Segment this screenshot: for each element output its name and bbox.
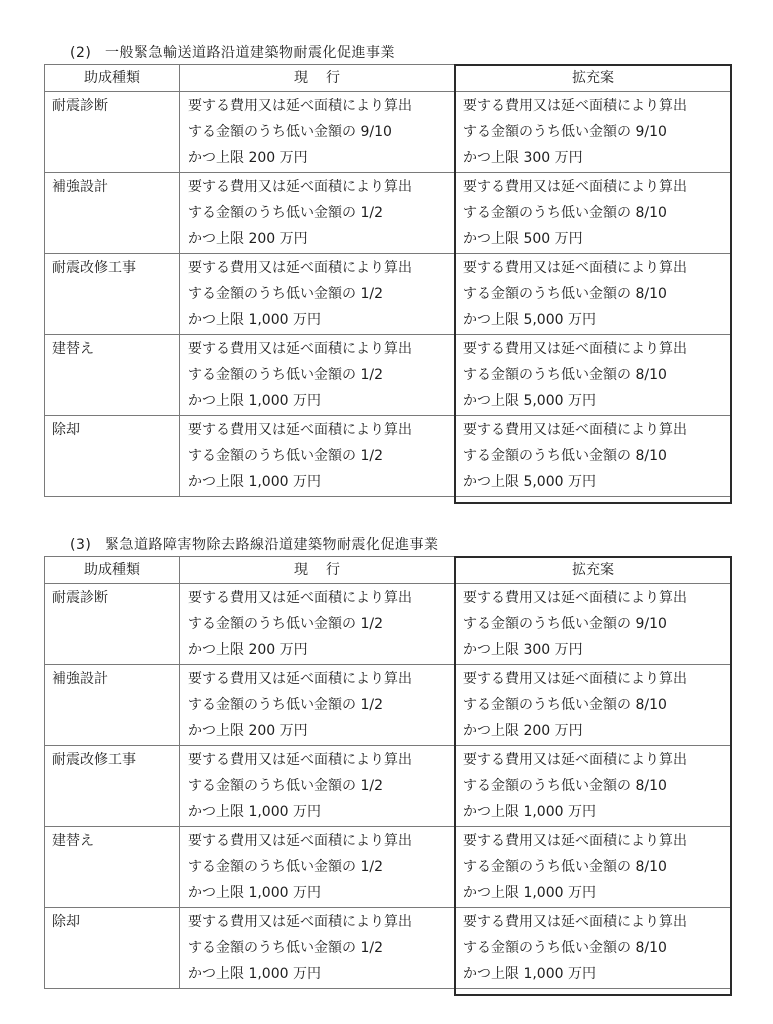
table-row: 補強設計 要する費用又は延べ面積により算出 する金額のうち低い金額の 1/2 か…: [45, 665, 732, 746]
proposed-cell: 要する費用又は延べ面積により算出 する金額のうち低い金額の 8/10 かつ上限 …: [455, 827, 732, 908]
current-cell: 要する費用又は延べ面積により算出 する金額のうち低い金額の 9/10 かつ上限 …: [180, 92, 455, 173]
current-line: かつ上限 1,000 万円: [188, 961, 454, 987]
proposed-line: かつ上限 200 万円: [463, 718, 731, 744]
proposed-line: かつ上限 5,000 万円: [463, 388, 731, 414]
proposed-line: かつ上限 5,000 万円: [463, 469, 731, 495]
subsidy-type-cell: 補強設計: [45, 173, 180, 254]
current-line: かつ上限 200 万円: [188, 145, 454, 171]
section-2: (2) 一般緊急輸送道路沿道建築物耐震化促進事業 助成種類 現行 拡充案 耐震診…: [44, 42, 732, 497]
header-subsidy-type: 助成種類: [45, 65, 180, 92]
table-row: 建替え 要する費用又は延べ面積により算出 する金額のうち低い金額の 1/2 かつ…: [45, 827, 732, 908]
current-line: かつ上限 1,000 万円: [188, 880, 454, 906]
current-line: する金額のうち低い金額の 1/2: [188, 611, 454, 637]
table-row: 耐震診断 要する費用又は延べ面積により算出 する金額のうち低い金額の 1/2 か…: [45, 584, 732, 665]
current-cell: 要する費用又は延べ面積により算出 する金額のうち低い金額の 1/2 かつ上限 1…: [180, 416, 455, 497]
section-number: (2): [70, 42, 100, 64]
proposed-line: かつ上限 1,000 万円: [463, 799, 731, 825]
current-line: する金額のうち低い金額の 1/2: [188, 200, 454, 226]
table-header-row: 助成種類 現行 拡充案: [45, 65, 732, 92]
proposed-line: 要する費用又は延べ面積により算出: [463, 666, 731, 692]
proposed-line: かつ上限 1,000 万円: [463, 880, 731, 906]
header-subsidy-type: 助成種類: [45, 557, 180, 584]
current-line: 要する費用又は延べ面積により算出: [188, 666, 454, 692]
table-row: 補強設計 要する費用又は延べ面積により算出 する金額のうち低い金額の 1/2 か…: [45, 173, 732, 254]
header-current-label: 現行: [276, 70, 358, 86]
current-line: かつ上限 200 万円: [188, 718, 454, 744]
section-3: (3) 緊急道路障害物除去路線沿道建築物耐震化促進事業 助成種類 現行 拡充案 …: [44, 534, 732, 989]
current-line: かつ上限 1,000 万円: [188, 388, 454, 414]
proposed-cell: 要する費用又は延べ面積により算出 する金額のうち低い金額の 8/10 かつ上限 …: [455, 746, 732, 827]
current-cell: 要する費用又は延べ面積により算出 する金額のうち低い金額の 1/2 かつ上限 1…: [180, 746, 455, 827]
table-row: 建替え 要する費用又は延べ面積により算出 する金額のうち低い金額の 1/2 かつ…: [45, 335, 732, 416]
current-line: する金額のうち低い金額の 9/10: [188, 119, 454, 145]
current-line: 要する費用又は延べ面積により算出: [188, 255, 454, 281]
current-line: する金額のうち低い金額の 1/2: [188, 935, 454, 961]
current-line: 要する費用又は延べ面積により算出: [188, 93, 454, 119]
current-cell: 要する費用又は延べ面積により算出 する金額のうち低い金額の 1/2 かつ上限 2…: [180, 173, 455, 254]
proposed-line: かつ上限 500 万円: [463, 226, 731, 252]
table-row: 除却 要する費用又は延べ面積により算出 する金額のうち低い金額の 1/2 かつ上…: [45, 416, 732, 497]
current-line: かつ上限 1,000 万円: [188, 307, 454, 333]
table-row: 耐震改修工事 要する費用又は延べ面積により算出 する金額のうち低い金額の 1/2…: [45, 746, 732, 827]
current-line: 要する費用又は延べ面積により算出: [188, 174, 454, 200]
subsidy-type-cell: 耐震診断: [45, 92, 180, 173]
subsidy-type-cell: 除却: [45, 416, 180, 497]
subsidy-type-cell: 耐震改修工事: [45, 254, 180, 335]
current-line: 要する費用又は延べ面積により算出: [188, 336, 454, 362]
proposed-line: する金額のうち低い金額の 8/10: [463, 854, 731, 880]
proposed-cell: 要する費用又は延べ面積により算出 する金額のうち低い金額の 8/10 かつ上限 …: [455, 416, 732, 497]
subsidy-type-cell: 耐震改修工事: [45, 746, 180, 827]
subsidy-type-cell: 耐震診断: [45, 584, 180, 665]
current-line: 要する費用又は延べ面積により算出: [188, 585, 454, 611]
current-line: かつ上限 1,000 万円: [188, 799, 454, 825]
proposed-line: する金額のうち低い金額の 8/10: [463, 362, 731, 388]
subsidy-type-cell: 補強設計: [45, 665, 180, 746]
table-row: 耐震診断 要する費用又は延べ面積により算出 する金額のうち低い金額の 9/10 …: [45, 92, 732, 173]
table-row: 除却 要する費用又は延べ面積により算出 する金額のうち低い金額の 1/2 かつ上…: [45, 908, 732, 989]
section-number: (3): [70, 534, 100, 556]
proposed-line: する金額のうち低い金額の 8/10: [463, 692, 731, 718]
section-title-text: 緊急道路障害物除去路線沿道建築物耐震化促進事業: [105, 537, 439, 553]
proposed-line: する金額のうち低い金額の 8/10: [463, 773, 731, 799]
current-line: かつ上限 200 万円: [188, 637, 454, 663]
current-cell: 要する費用又は延べ面積により算出 する金額のうち低い金額の 1/2 かつ上限 2…: [180, 665, 455, 746]
header-proposed: 拡充案: [455, 65, 732, 92]
proposed-cell: 要する費用又は延べ面積により算出 する金額のうち低い金額の 8/10 かつ上限 …: [455, 254, 732, 335]
proposed-line: 要する費用又は延べ面積により算出: [463, 747, 731, 773]
header-proposed: 拡充案: [455, 557, 732, 584]
proposed-line: する金額のうち低い金額の 8/10: [463, 281, 731, 307]
proposed-line: かつ上限 5,000 万円: [463, 307, 731, 333]
subsidy-type-cell: 除却: [45, 908, 180, 989]
section-title: (3) 緊急道路障害物除去路線沿道建築物耐震化促進事業: [44, 534, 732, 556]
current-line: 要する費用又は延べ面積により算出: [188, 909, 454, 935]
table-header-row: 助成種類 現行 拡充案: [45, 557, 732, 584]
current-line: 要する費用又は延べ面積により算出: [188, 417, 454, 443]
proposed-line: する金額のうち低い金額の 8/10: [463, 200, 731, 226]
subsidy-table: 助成種類 現行 拡充案 耐震診断 要する費用又は延べ面積により算出 する金額のう…: [44, 64, 732, 497]
proposed-line: 要する費用又は延べ面積により算出: [463, 174, 731, 200]
proposed-line: する金額のうち低い金額の 8/10: [463, 935, 731, 961]
proposed-line: 要する費用又は延べ面積により算出: [463, 255, 731, 281]
proposed-line: 要する費用又は延べ面積により算出: [463, 93, 731, 119]
proposed-cell: 要する費用又は延べ面積により算出 する金額のうち低い金額の 9/10 かつ上限 …: [455, 584, 732, 665]
proposed-cell: 要する費用又は延べ面積により算出 する金額のうち低い金額の 8/10 かつ上限 …: [455, 908, 732, 989]
proposed-line: する金額のうち低い金額の 9/10: [463, 611, 731, 637]
current-cell: 要する費用又は延べ面積により算出 する金額のうち低い金額の 1/2 かつ上限 1…: [180, 908, 455, 989]
table-row: 耐震改修工事 要する費用又は延べ面積により算出 する金額のうち低い金額の 1/2…: [45, 254, 732, 335]
proposed-line: 要する費用又は延べ面積により算出: [463, 336, 731, 362]
section-title: (2) 一般緊急輸送道路沿道建築物耐震化促進事業: [44, 42, 732, 64]
proposed-line: する金額のうち低い金額の 9/10: [463, 119, 731, 145]
proposed-line: する金額のうち低い金額の 8/10: [463, 443, 731, 469]
current-line: する金額のうち低い金額の 1/2: [188, 773, 454, 799]
current-line: する金額のうち低い金額の 1/2: [188, 281, 454, 307]
current-cell: 要する費用又は延べ面積により算出 する金額のうち低い金額の 1/2 かつ上限 1…: [180, 254, 455, 335]
proposed-cell: 要する費用又は延べ面積により算出 する金額のうち低い金額の 8/10 かつ上限 …: [455, 335, 732, 416]
subsidy-type-cell: 建替え: [45, 335, 180, 416]
subsidy-type-cell: 建替え: [45, 827, 180, 908]
current-line: する金額のうち低い金額の 1/2: [188, 362, 454, 388]
current-line: する金額のうち低い金額の 1/2: [188, 692, 454, 718]
proposed-cell: 要する費用又は延べ面積により算出 する金額のうち低い金額の 9/10 かつ上限 …: [455, 92, 732, 173]
current-line: する金額のうち低い金額の 1/2: [188, 443, 454, 469]
proposed-line: 要する費用又は延べ面積により算出: [463, 585, 731, 611]
header-current: 現行: [180, 557, 455, 584]
header-current-label: 現行: [276, 562, 358, 578]
proposed-line: 要する費用又は延べ面積により算出: [463, 417, 731, 443]
current-cell: 要する費用又は延べ面積により算出 する金額のうち低い金額の 1/2 かつ上限 1…: [180, 335, 455, 416]
proposed-cell: 要する費用又は延べ面積により算出 する金額のうち低い金額の 8/10 かつ上限 …: [455, 173, 732, 254]
header-current: 現行: [180, 65, 455, 92]
proposed-line: かつ上限 300 万円: [463, 637, 731, 663]
proposed-line: かつ上限 1,000 万円: [463, 961, 731, 987]
current-line: かつ上限 200 万円: [188, 226, 454, 252]
proposed-line: かつ上限 300 万円: [463, 145, 731, 171]
proposed-line: 要する費用又は延べ面積により算出: [463, 828, 731, 854]
subsidy-table: 助成種類 現行 拡充案 耐震診断 要する費用又は延べ面積により算出 する金額のう…: [44, 556, 732, 989]
current-line: 要する費用又は延べ面積により算出: [188, 747, 454, 773]
section-title-text: 一般緊急輸送道路沿道建築物耐震化促進事業: [105, 45, 395, 61]
current-cell: 要する費用又は延べ面積により算出 する金額のうち低い金額の 1/2 かつ上限 1…: [180, 827, 455, 908]
current-line: 要する費用又は延べ面積により算出: [188, 828, 454, 854]
current-line: かつ上限 1,000 万円: [188, 469, 454, 495]
proposed-line: 要する費用又は延べ面積により算出: [463, 909, 731, 935]
current-cell: 要する費用又は延べ面積により算出 する金額のうち低い金額の 1/2 かつ上限 2…: [180, 584, 455, 665]
current-line: する金額のうち低い金額の 1/2: [188, 854, 454, 880]
proposed-cell: 要する費用又は延べ面積により算出 する金額のうち低い金額の 8/10 かつ上限 …: [455, 665, 732, 746]
